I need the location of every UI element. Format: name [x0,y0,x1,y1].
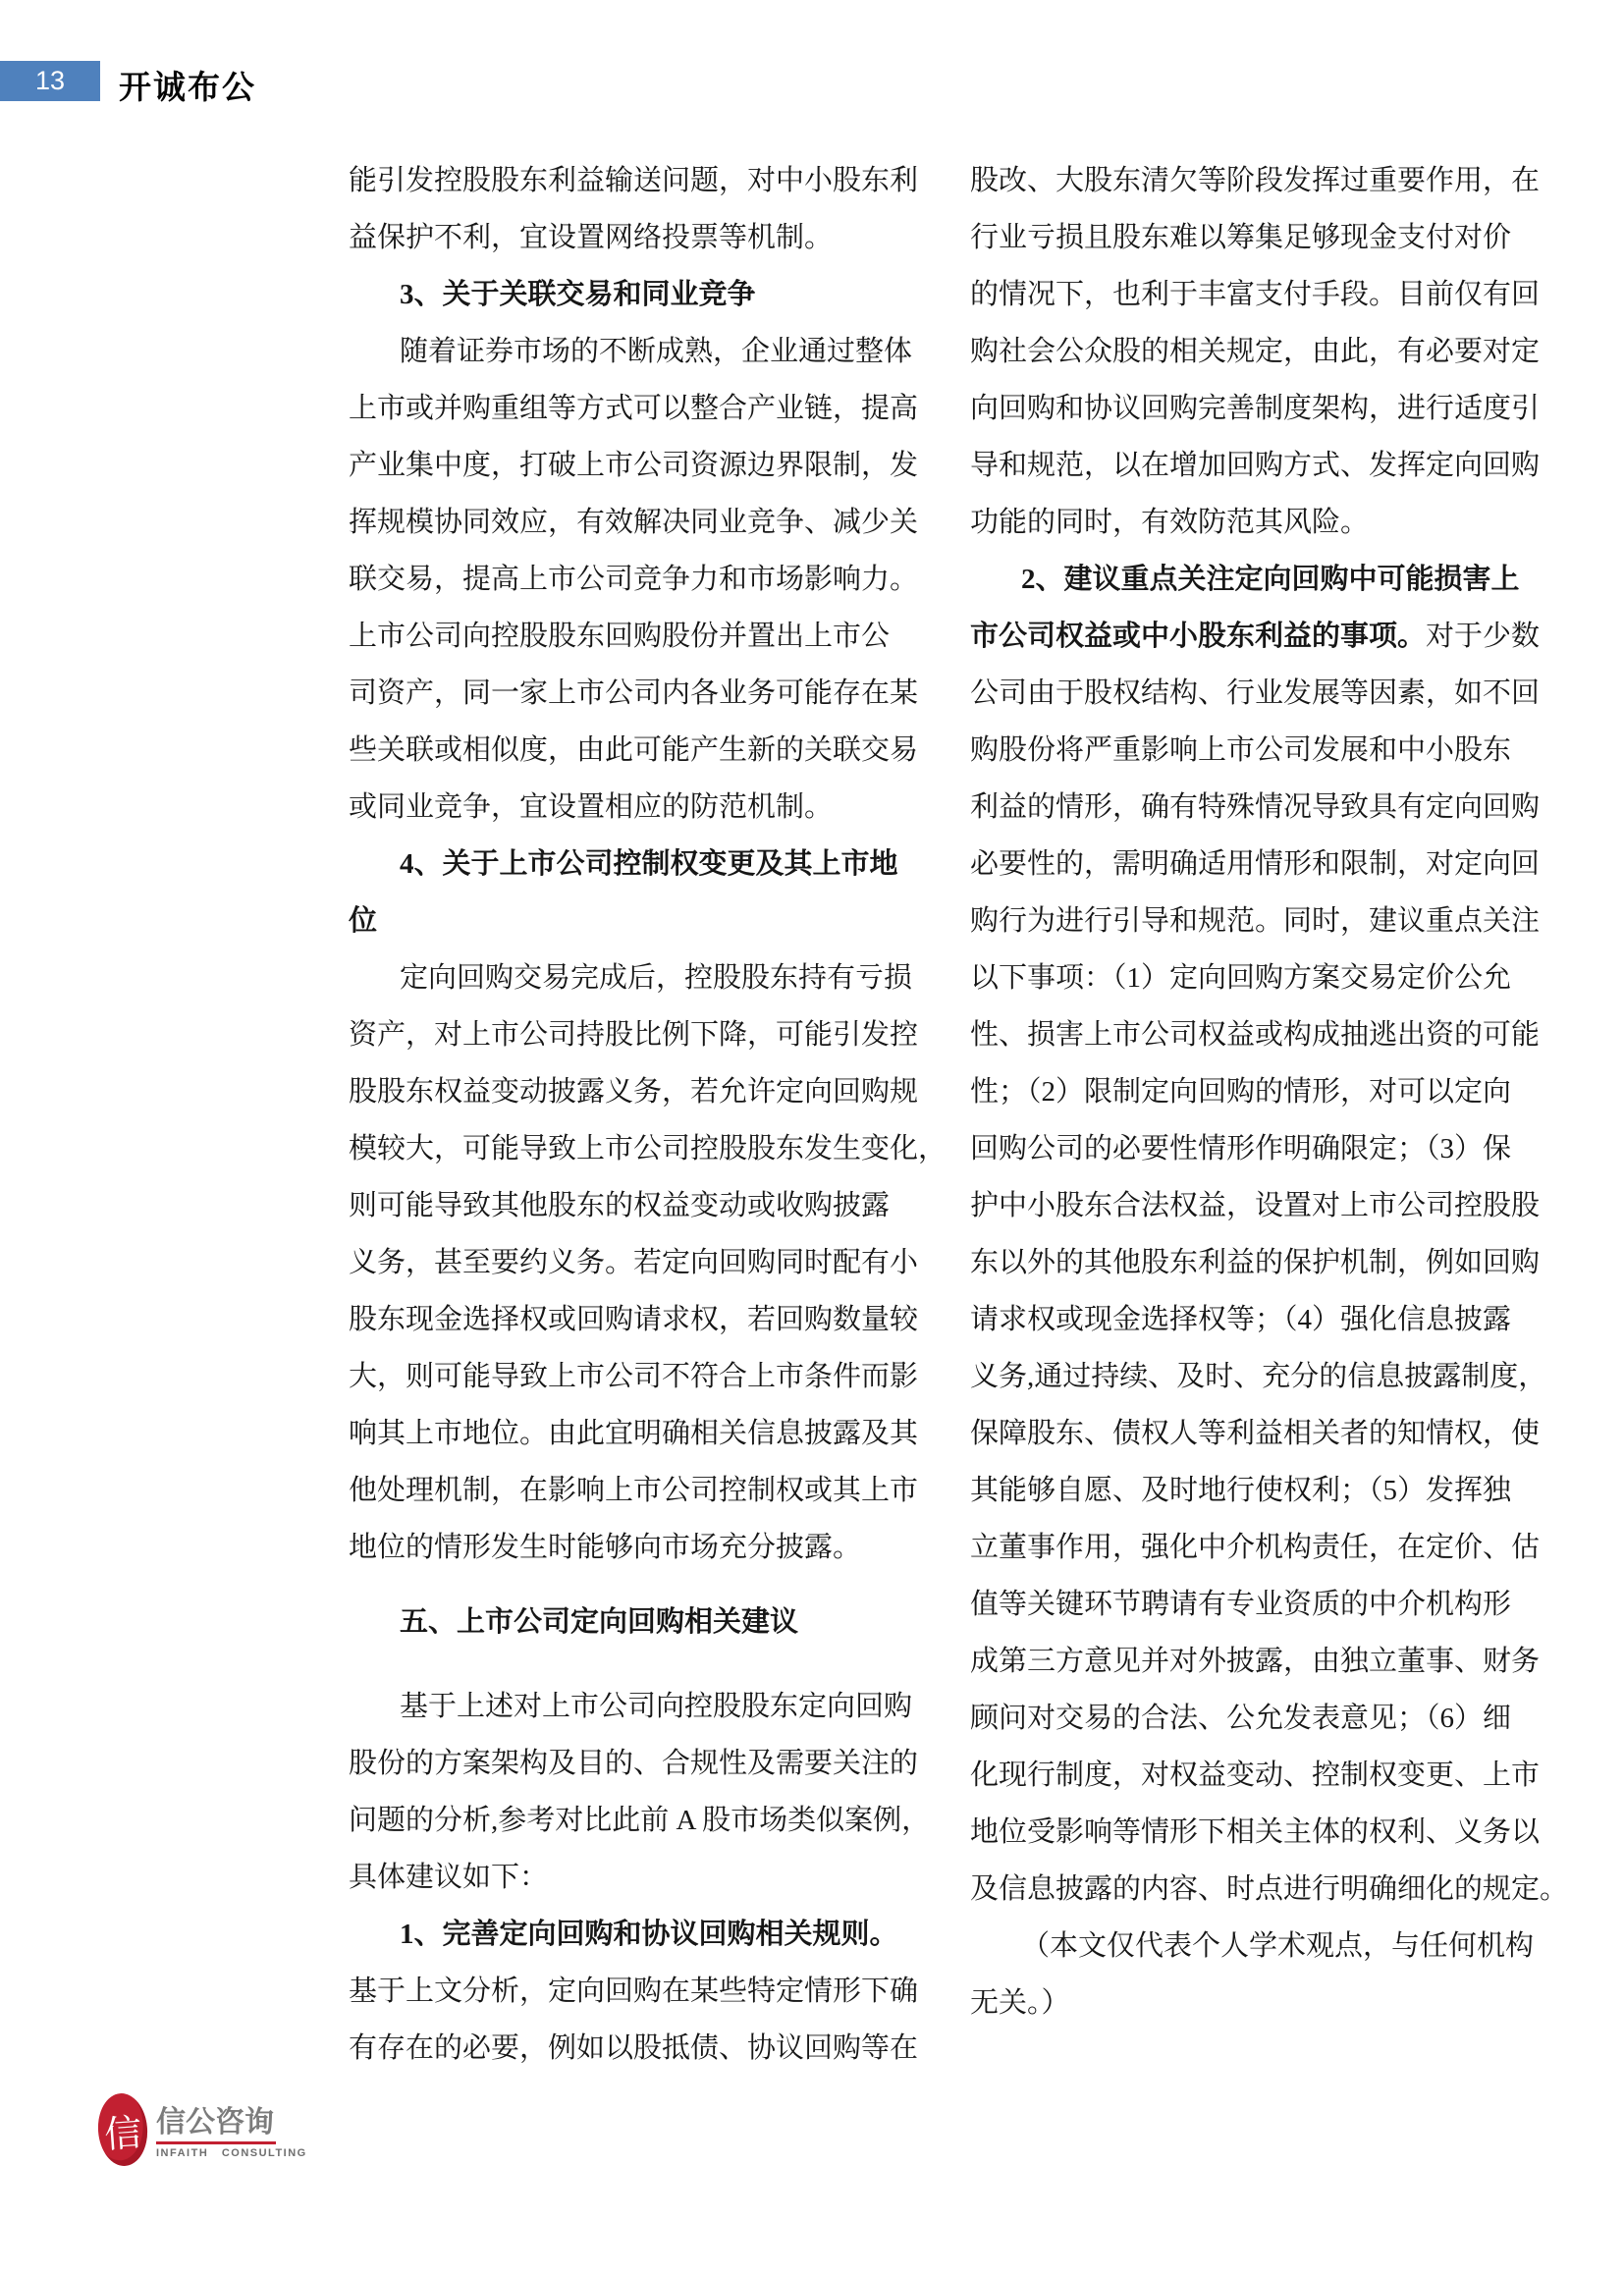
text-line: 位 [349,893,923,949]
logo-company-name-en: INFAITH CONSULTING [156,2147,307,2159]
text-line: 地位的情形发生时能够向市场充分披露。 [349,1519,923,1576]
text-line: 则可能导致其他股东的权益变动或收购披露 [349,1177,923,1234]
text-line: 上市公司向控股股东回购股份并置出上市公 [349,608,923,665]
text-line: 五、上市公司定向回购相关建议 [349,1594,923,1651]
text-line: 能引发控股股东利益输送问题，对中小股东利 [349,152,923,209]
text-line: 顾问对交易的合法、公允发表意见；（6）细 [970,1690,1528,1747]
text-line: 问题的分析,参考对比此前 A 股市场类似案例， [349,1792,923,1849]
text-line: 购社会公众股的相关规定，由此，有必要对定 [970,323,1528,380]
text-line: 有存在的必要，例如以股抵债、协议回购等在 [349,2020,923,2077]
page-number-badge: 13 [0,61,100,101]
text-line: 市公司权益或中小股东利益的事项。对于少数 [970,608,1528,665]
text-line: 东以外的其他股东利益的保护机制，例如回购 [970,1234,1528,1291]
text-line: 以下事项：（1）定向回购方案交易定价公允 [970,949,1528,1006]
text-line: 或同业竞争，宜设置相应的防范机制。 [349,779,923,836]
text-line: 益保护不利，宜设置网络投票等机制。 [349,209,923,266]
infaith-seal-icon: 信 [95,2091,149,2167]
text-line: 无关。） [970,1975,1528,2031]
text-line: 基于上文分析，定向回购在某些特定情形下确 [349,1963,923,2020]
text-line: （本文仅代表个人学术观点，与任何机构 [970,1918,1528,1975]
text-line: 股东现金选择权或回购请求权，若回购数量较 [349,1291,923,1348]
text-line: 导和规范，以在增加回购方式、发挥定向回购 [970,437,1528,494]
right-column: 股改、大股东清欠等阶段发挥过重要作用，在行业亏损且股东难以筹集足够现金支付对价的… [970,152,1528,2031]
text-line: 成第三方意见并对外披露，由独立董事、财务 [970,1633,1528,1690]
text-line: 护中小股东合法权益，设置对上市公司控股股 [970,1177,1528,1234]
text-segment: 对于少数 [1426,621,1540,652]
text-line: 性、损害上市公司权益或构成抽逃出资的可能 [970,1006,1528,1063]
text-line: 值等关键环节聘请有专业资质的中介机构形 [970,1576,1528,1633]
left-column: 能引发控股股东利益输送问题，对中小股东利益保护不利，宜设置网络投票等机制。3、关… [349,152,923,2077]
text-line: 利益的情形，确有特殊情况导致具有定向回购 [970,779,1528,836]
text-line: 司资产，同一家上市公司内各业务可能存在某 [349,665,923,722]
page-number: 13 [35,66,65,96]
text-line: 大，则可能导致上市公司不符合上市条件而影 [349,1348,923,1405]
text-line: 1、完善定向回购和协议回购相关规则。 [349,1906,923,1963]
text-line: 上市或并购重组等方式可以整合产业链，提高 [349,380,923,437]
text-line: 性；（2）限制定向回购的情形，对可以定向 [970,1063,1528,1120]
text-line: 请求权或现金选择权等；（4）强化信息披露 [970,1291,1528,1348]
document-page: 13 开诚布公 能引发控股股东利益输送问题，对中小股东利益保护不利，宜设置网络投… [0,0,1624,2274]
text-line: 挥规模协同效应，有效解决同业竞争、减少关 [349,494,923,551]
text-line: 义务，甚至要约义务。若定向回购同时配有小 [349,1234,923,1291]
text-line: 及信息披露的内容、时点进行明确细化的规定。 [970,1861,1528,1918]
text-line: 他处理机制，在影响上市公司控制权或其上市 [349,1462,923,1519]
text-line: 股改、大股东清欠等阶段发挥过重要作用，在 [970,152,1528,209]
logo-text-block: 信公咨询 INFAITH CONSULTING [156,2093,307,2159]
text-line: 2、建议重点关注定向回购中可能损害上 [970,551,1528,608]
text-line: 化现行制度，对权益变动、控制权变更、上市 [970,1747,1528,1804]
text-line: 些关联或相似度，由此可能产生新的关联交易 [349,722,923,779]
text-line: 资产，对上市公司持股比例下降，可能引发控 [349,1006,923,1063]
text-line: 功能的同时，有效防范其风险。 [970,494,1528,551]
text-line: 公司由于股权结构、行业发展等因素，如不回 [970,665,1528,722]
text-line: 股份的方案架构及目的、合规性及需要关注的 [349,1735,923,1792]
text-line: 股股东权益变动披露义务，若允许定向回购规 [349,1063,923,1120]
section-title: 开诚布公 [119,62,256,108]
text-line: 的情况下，也利于丰富支付手段。目前仅有回 [970,266,1528,323]
text-line: 模较大，可能导致上市公司控股股东发生变化， [349,1120,923,1177]
text-line: 保障股东、债权人等利益相关者的知情权，使 [970,1405,1528,1462]
text-line: 随着证券市场的不断成熟，企业通过整体 [349,323,923,380]
text-line: 回购公司的必要性情形作明确限定；（3）保 [970,1120,1528,1177]
text-line: 义务,通过持续、及时、充分的信息披露制度， [970,1348,1528,1405]
text-line: 3、关于关联交易和同业竞争 [349,266,923,323]
text-line: 具体建议如下： [349,1849,923,1906]
text-line: 定向回购交易完成后，控股股东持有亏损 [349,949,923,1006]
text-line: 产业集中度，打破上市公司资源边界限制，发 [349,437,923,494]
text-line: 4、关于上市公司控制权变更及其上市地 [349,836,923,893]
text-line: 行业亏损且股东难以筹集足够现金支付对价 [970,209,1528,266]
text-line: 立董事作用，强化中介机构责任，在定价、估 [970,1519,1528,1576]
text-line: 购股份将严重影响上市公司发展和中小股东 [970,722,1528,779]
text-line: 其能够自愿、及时地行使权利；（5）发挥独 [970,1462,1528,1519]
text-line: 基于上述对上市公司向控股股东定向回购 [349,1678,923,1735]
logo-company-name: 信公咨询 [156,2106,307,2139]
text-line: 向回购和协议回购完善制度架构，进行适度引 [970,380,1528,437]
text-segment: 市公司权益或中小股东利益的事项。 [970,621,1426,652]
text-line: 响其上市地位。由此宜明确相关信息披露及其 [349,1405,923,1462]
text-line: 联交易，提高上市公司竞争力和市场影响力。 [349,551,923,608]
text-line: 地位受影响等情形下相关主体的权利、义务以 [970,1804,1528,1861]
text-line: 必要性的，需明确适用情形和限制，对定向回 [970,836,1528,893]
logo-divider [156,2141,276,2144]
text-line: 购行为进行引导和规范。同时，建议重点关注 [970,893,1528,949]
company-logo: 信 信公咨询 INFAITH CONSULTING [98,2093,307,2166]
